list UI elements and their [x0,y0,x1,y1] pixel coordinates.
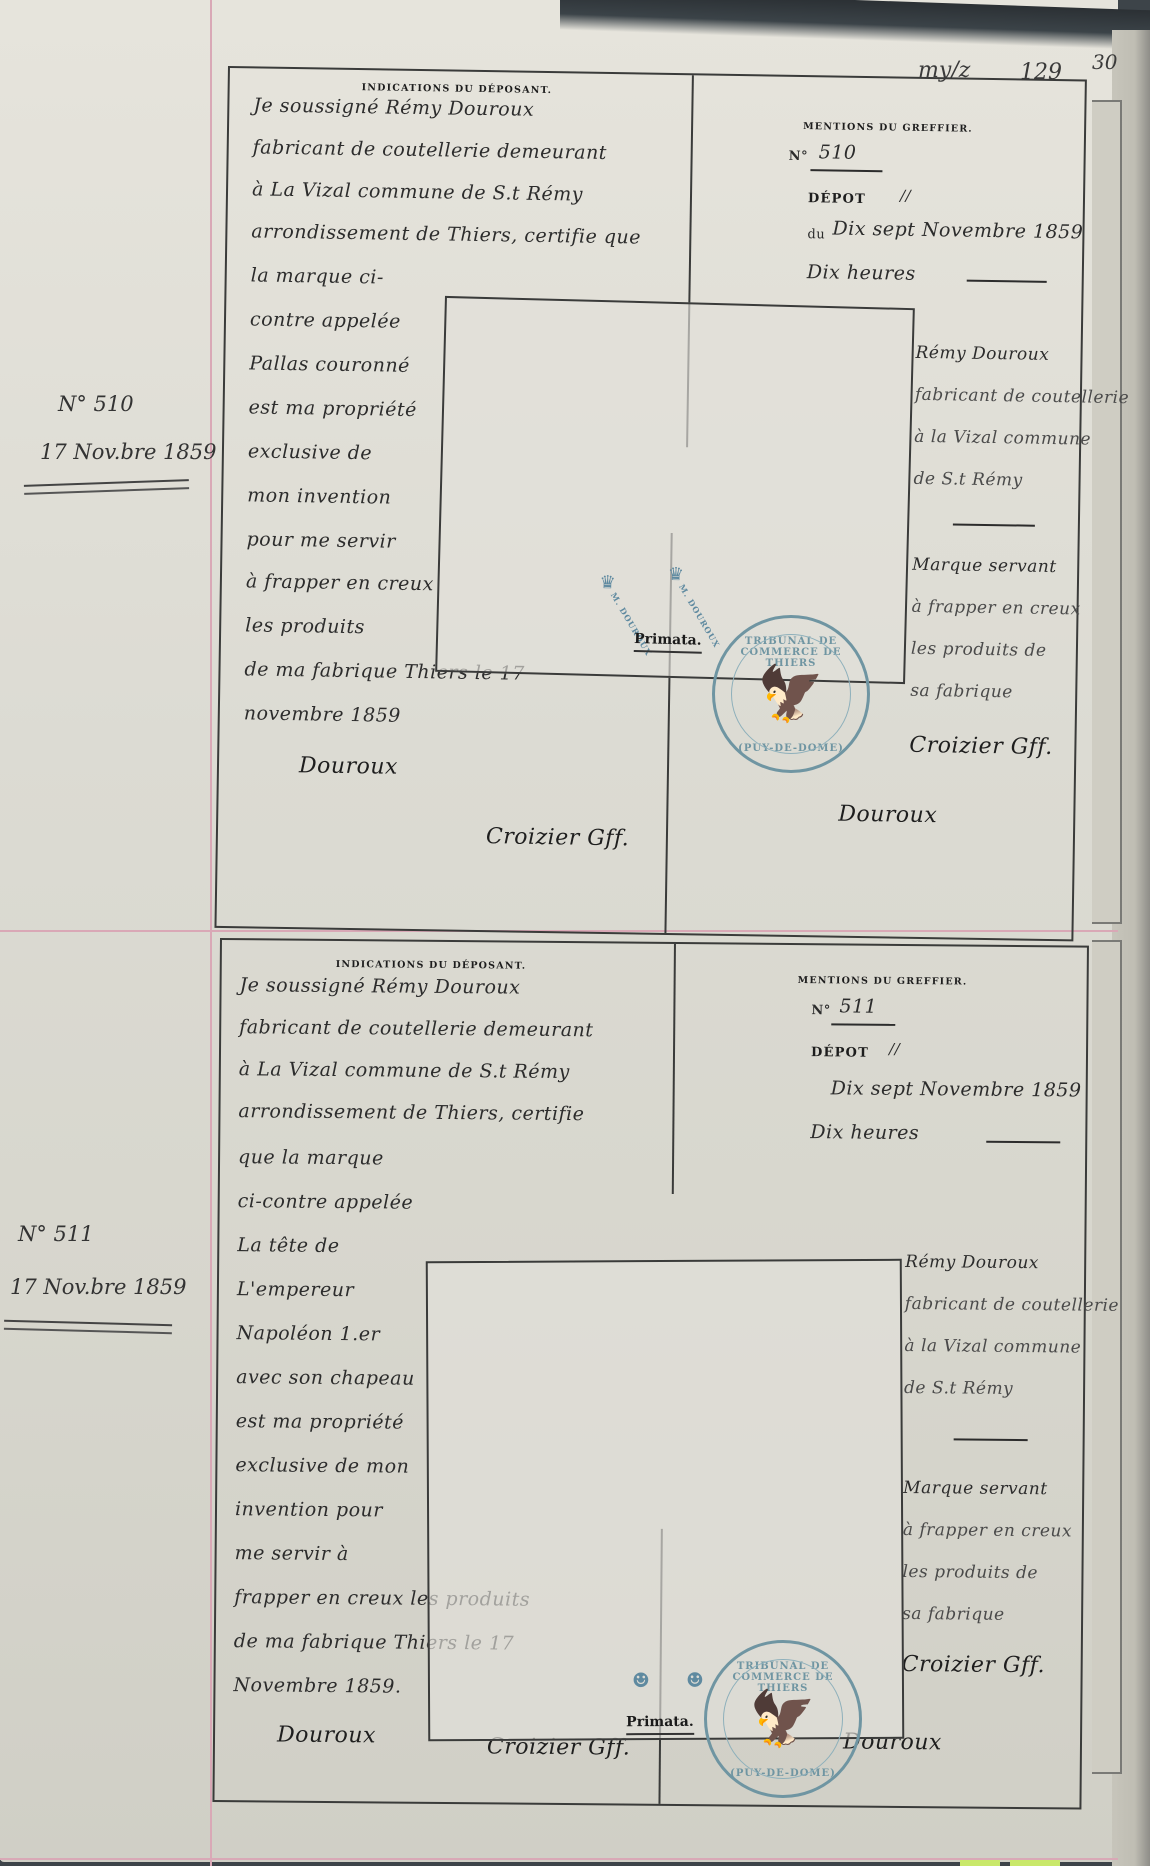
deponent-line: à frapper en creux [246,570,434,595]
clerk-header: MENTIONS DU GREFFIER. [803,121,973,135]
deponent-line: exclusive de [248,440,373,464]
deponent-line: invention pour [235,1498,383,1521]
clerk-deponent-line: à la Vizal commune [914,427,1091,450]
margin-record-number: N° 510 [58,392,134,416]
clerk-mark-line: Marque servant [912,555,1057,577]
deponent-line: pour me servir [246,528,396,552]
depot-label: DÉPOT [808,191,866,207]
deponent-line: Je soussigné Rémy Douroux [239,974,520,998]
column-divider-upper [672,944,676,1194]
margin-record-number: N° 511 [18,1222,94,1246]
clerk-deponent-line: de S.t Rémy [913,469,1022,491]
deposit-date: Dix sept Novembre 1859 [832,218,1083,244]
deponent-line: fabricant de coutellerie demeurant [253,136,608,164]
deponent-line: Pallas couronné [249,352,410,377]
clerk-deponent-line: Rémy Douroux [915,343,1049,365]
deponent-line: L'empereur [237,1278,354,1301]
clerk-deponent-line: à la Vizal commune [904,1336,1081,1358]
seal-bottom-text: (PUY-DE-DOME) [715,743,867,754]
deponent-line: fabricant de coutellerie demeurant [239,1016,593,1041]
imperial-eagle-icon: 🦅 [757,667,824,721]
margin-record-date: 17 Nov.bre 1859 [10,1275,187,1299]
clerk-mark-line: à frapper en creux [911,597,1080,620]
clerk-signature-right: Croizier Gff. [902,1652,1046,1678]
deponent-signature: Douroux [277,1723,376,1749]
deponent-header: INDICATIONS DU DÉPOSANT. [336,959,527,972]
napoleon-head-mark-icon: ☻ [632,1668,650,1692]
clerk-signature-right: Croizier Gff. [909,733,1053,760]
time-dash [967,280,1047,283]
deponent-line: avec son chapeau [236,1366,415,1390]
deponent-line: ci-contre appelée [238,1190,414,1214]
clerk-mark-line: les produits de [902,1562,1038,1583]
imperial-eagle-icon: 🦅 [749,1692,816,1746]
green-bookmark-tab [1010,1860,1060,1866]
margin-record-date: 17 Nov.bre 1859 [40,440,217,464]
ditto-mark: // [900,187,911,205]
deponent-line: la marque ci- [251,264,385,288]
deponent-signature: Douroux [299,753,398,780]
deponent-line: exclusive de mon [235,1454,409,1478]
deponent-line: est ma propriété [248,396,417,421]
deposit-number: 510 [819,141,857,164]
deponent-line: Napoléon 1.er [236,1322,380,1345]
clerk-deponent-line: fabricant de coutellerie [915,385,1130,408]
time-dash [986,1141,1060,1144]
folio-next-page-number: 30 [1092,50,1117,74]
deponent-line: contre appelée [250,308,401,332]
ditto-mark: // [889,1040,900,1058]
date-prefix: du [807,227,825,242]
clerk-mark-line: sa fabrique [902,1604,1005,1625]
tribunal-seal: TRIBUNAL DE COMMERCE DE THIERS 🦅 (PUY-DE… [704,1640,862,1798]
deponent-line: arrondissement de Thiers, certifie [238,1100,584,1125]
crown-mark-icon: ♛ [668,564,685,585]
seal-top-text: TRIBUNAL DE COMMERCE DE THIERS [707,1661,859,1694]
clerk-mark-line: Marque servant [903,1478,1048,1499]
deponent-line: Novembre 1859. [233,1674,401,1697]
deponent-line: me servir à [235,1542,349,1565]
trademark-specimen-box: ♛ M. DOUROUX ♛ M. DOUROUX Primata. [435,296,915,684]
clerk-mark-line: les produits de [911,639,1047,661]
clerk-header: MENTIONS DU GREFFIER. [798,975,968,987]
deposit-time: Dix heures [807,261,916,285]
clerk-deponent-line: de S.t Rémy [904,1378,1013,1399]
green-bookmark-tab [960,1860,1000,1866]
tribunal-seal: TRIBUNAL DE COMMERCE DE THIERS 🦅 (PUY-DE… [712,615,870,773]
deponent-line: les produits [245,614,365,638]
clerk-signature: Croizier Gff. [486,824,630,851]
mark-name-label: Primata. [626,1714,694,1735]
deposit-number: 511 [839,995,877,1017]
clerk-deponent-line: fabricant de coutellerie [905,1294,1119,1316]
seal-bottom-text: (PUY-DE-DOME) [707,1768,859,1779]
underlying-page-bottom [1092,940,1122,1774]
deponent-line: est ma propriété [236,1410,404,1433]
number-label: N° [811,1003,831,1018]
deponent-header: INDICATIONS DU DÉPOSANT. [362,82,553,96]
deponent-line: Je soussigné Rémy Douroux [253,94,534,120]
number-underline [810,169,882,172]
section-dash [953,523,1035,526]
number-label: N° [789,149,809,164]
clerk-mark-line: sa fabrique [910,681,1013,703]
clerk-mark-line: à frapper en creux [903,1520,1072,1541]
deposit-date: Dix sept Novembre 1859 [831,1077,1082,1101]
deponent-line: arrondissement de Thiers, certifie que [251,220,641,248]
crown-mark-icon: ♛ [599,572,616,593]
deponent-line: mon invention [247,484,391,508]
underlying-page-top [1092,100,1122,924]
deponent-line: à La Vizal commune de S.t Rémy [239,1058,570,1083]
seal-top-text: TRIBUNAL DE COMMERCE DE THIERS [715,636,867,669]
clerk-deponent-line: Rémy Douroux [905,1252,1039,1273]
pink-margin-line [210,0,212,1866]
bottom-rule [0,1858,1118,1860]
deponent-line: que la marque [238,1146,384,1169]
deponent-line: novembre 1859 [244,702,401,726]
number-underline [831,1023,895,1026]
section-dash [954,1438,1028,1441]
napoleon-head-mark-icon: ☻ [686,1668,704,1692]
depot-label: DÉPOT [811,1045,869,1061]
deponent-line: à La Vizal commune de S.t Rémy [252,178,583,205]
deponent-signature-right: Douroux [838,802,937,829]
deposit-time: Dix heures [810,1121,919,1144]
deponent-line: La tête de [237,1234,339,1257]
mark-name-label: Primata. [634,631,702,654]
